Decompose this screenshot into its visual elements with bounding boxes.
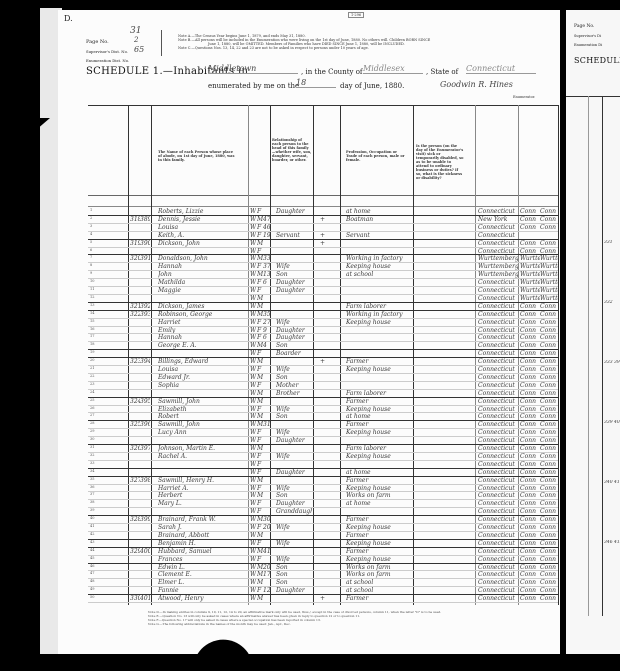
row-line-number: 34 bbox=[90, 469, 95, 473]
row-line-number: 12 bbox=[90, 295, 95, 299]
right-enumeration-label: Enumeration Di bbox=[574, 43, 602, 47]
row-line-number: 38 bbox=[90, 500, 95, 504]
row-line-number: 2 bbox=[90, 216, 95, 220]
row-line-number: 8 bbox=[90, 263, 95, 267]
row-line-number: 11 bbox=[90, 287, 95, 291]
row-line-number: 7 bbox=[90, 255, 95, 259]
right-margin-entry: 346 412 bbox=[604, 540, 620, 545]
row-line-number: 15 bbox=[90, 319, 95, 323]
row-line-number: 5 bbox=[90, 240, 95, 244]
row-line-number: 31 bbox=[90, 445, 95, 449]
row-line-number: 18 bbox=[90, 342, 95, 346]
row-line-number: 33 bbox=[90, 461, 95, 465]
row-line-number: 9 bbox=[90, 271, 95, 275]
row-line-number: 39 bbox=[90, 508, 95, 512]
row-line-number: 44 bbox=[90, 548, 95, 552]
supervisor-value: 2 bbox=[134, 36, 138, 44]
right-supervisor-label: Supervisor's Di bbox=[574, 34, 601, 38]
enumerator-label: Enumerator. bbox=[513, 95, 535, 99]
row-line-number: 10 bbox=[90, 279, 95, 283]
row-line-number: 48 bbox=[90, 579, 95, 583]
row-line-number: 46 bbox=[90, 564, 95, 568]
right-col-sep-2 bbox=[602, 96, 603, 616]
row-line-number: 50 bbox=[90, 595, 95, 599]
table-top-border bbox=[88, 105, 558, 106]
row-line-number: 24 bbox=[90, 390, 95, 394]
right-col-sep bbox=[588, 96, 589, 616]
row-line-number: 40 bbox=[90, 516, 95, 520]
right-table-top bbox=[566, 96, 620, 97]
right-page-no-label: Page No. bbox=[574, 24, 594, 29]
row-gridline bbox=[88, 602, 558, 603]
right-margin-entry: 339 408 bbox=[604, 420, 620, 425]
header-bottom-border bbox=[88, 195, 558, 196]
note-c: Note C.—Questions Nos. 13, 14, 22 and 23… bbox=[178, 46, 558, 50]
state-label: , State of bbox=[426, 68, 458, 76]
right-margin-entry: 340 411 bbox=[604, 480, 620, 485]
row-line-number: 27 bbox=[90, 413, 95, 417]
notes-block: Note A.—The Census Year begins June 1, 1… bbox=[178, 34, 558, 50]
enumerated-label: enumerated by me on the bbox=[208, 82, 299, 90]
row-line-number: 16 bbox=[90, 327, 95, 331]
scan-bottom-shadow bbox=[0, 654, 620, 671]
page-meta: Page No. 31 Supervisor's Dist. No. 2 Enu… bbox=[86, 28, 166, 56]
row-line-number: 25 bbox=[90, 398, 95, 402]
row-line-number: 37 bbox=[90, 492, 95, 496]
row-line-number: 26 bbox=[90, 406, 95, 410]
county-label: , in the County of bbox=[301, 68, 363, 76]
row-line-number: 19 bbox=[90, 350, 95, 354]
right-margin-entry: 333 397 bbox=[604, 360, 620, 365]
row-line-number: 29 bbox=[90, 429, 95, 433]
footnotes: Note D.—In making entries in columns 9, … bbox=[148, 610, 548, 626]
place-value: Middletown bbox=[208, 64, 298, 74]
adjacent-page-right: Page No. Supervisor's Di Enumeration Di … bbox=[566, 10, 620, 654]
state-value: Connecticut bbox=[466, 64, 536, 74]
row-line-number: 13 bbox=[90, 303, 95, 307]
right-margin-entry: 331 bbox=[604, 240, 613, 245]
row-line-number: 3 bbox=[90, 224, 95, 228]
county-value: Middlesex bbox=[363, 64, 423, 74]
row-line-number: 35 bbox=[90, 477, 95, 481]
enumeration-label: Enumeration Dist. No. bbox=[86, 58, 129, 63]
meta-divider bbox=[161, 30, 162, 56]
row-line-number: 14 bbox=[90, 311, 95, 315]
row-line-number: 45 bbox=[90, 556, 95, 560]
page-no-value: 31 bbox=[130, 26, 141, 36]
row-line-number: 28 bbox=[90, 421, 95, 425]
row-line-number: 47 bbox=[90, 571, 95, 575]
header-occupation: Profession, Occupation or Trade of each … bbox=[346, 150, 406, 162]
day-suffix: day of June, 1880. bbox=[340, 82, 404, 90]
row-line-number: 1 bbox=[90, 208, 95, 212]
header-name: The Name of each Person whose place of a… bbox=[158, 150, 238, 162]
enumeration-value: 65 bbox=[134, 45, 144, 54]
form-letter: D. bbox=[64, 14, 73, 23]
row-line-number: 6 bbox=[90, 248, 95, 252]
enumerator-signature: Goodwin R. Hines bbox=[440, 80, 513, 89]
row-line-number: 32 bbox=[90, 453, 95, 457]
row-line-number: 20 bbox=[90, 358, 95, 362]
row-line-number: 17 bbox=[90, 334, 95, 338]
page-notch bbox=[36, 118, 50, 130]
row-line-number: 4 bbox=[90, 232, 95, 236]
census-rows: 1Roberts, LizzieWFDaughterat homeConnect… bbox=[58, 208, 560, 608]
row-line-number: 23 bbox=[90, 382, 95, 386]
right-schedule-title: SCHEDULE bbox=[574, 56, 620, 65]
row-line-number: 41 bbox=[90, 524, 95, 528]
right-margin-entry: 332 bbox=[604, 300, 613, 305]
page-stamp: 1-296 bbox=[348, 12, 364, 18]
row-line-number: 36 bbox=[90, 485, 95, 489]
row-line-number: 42 bbox=[90, 532, 95, 536]
census-page: D. 1-296 Page No. 31 Supervisor's Dist. … bbox=[58, 10, 560, 654]
row-line-number: 22 bbox=[90, 374, 95, 378]
day-value: 18 bbox=[296, 78, 336, 88]
header-health: Is the person (on the day of the Enumera… bbox=[416, 144, 464, 180]
row-line-number: 30 bbox=[90, 437, 95, 441]
row-line-number: 43 bbox=[90, 540, 95, 544]
footnote-g: Note G.—The following abbreviations in t… bbox=[148, 622, 548, 626]
header-relationship: Relationship of each person to the head … bbox=[272, 138, 312, 162]
colnum-bottom-border bbox=[88, 206, 558, 207]
row-line-number: 49 bbox=[90, 587, 95, 591]
row-line-number: 21 bbox=[90, 366, 95, 370]
